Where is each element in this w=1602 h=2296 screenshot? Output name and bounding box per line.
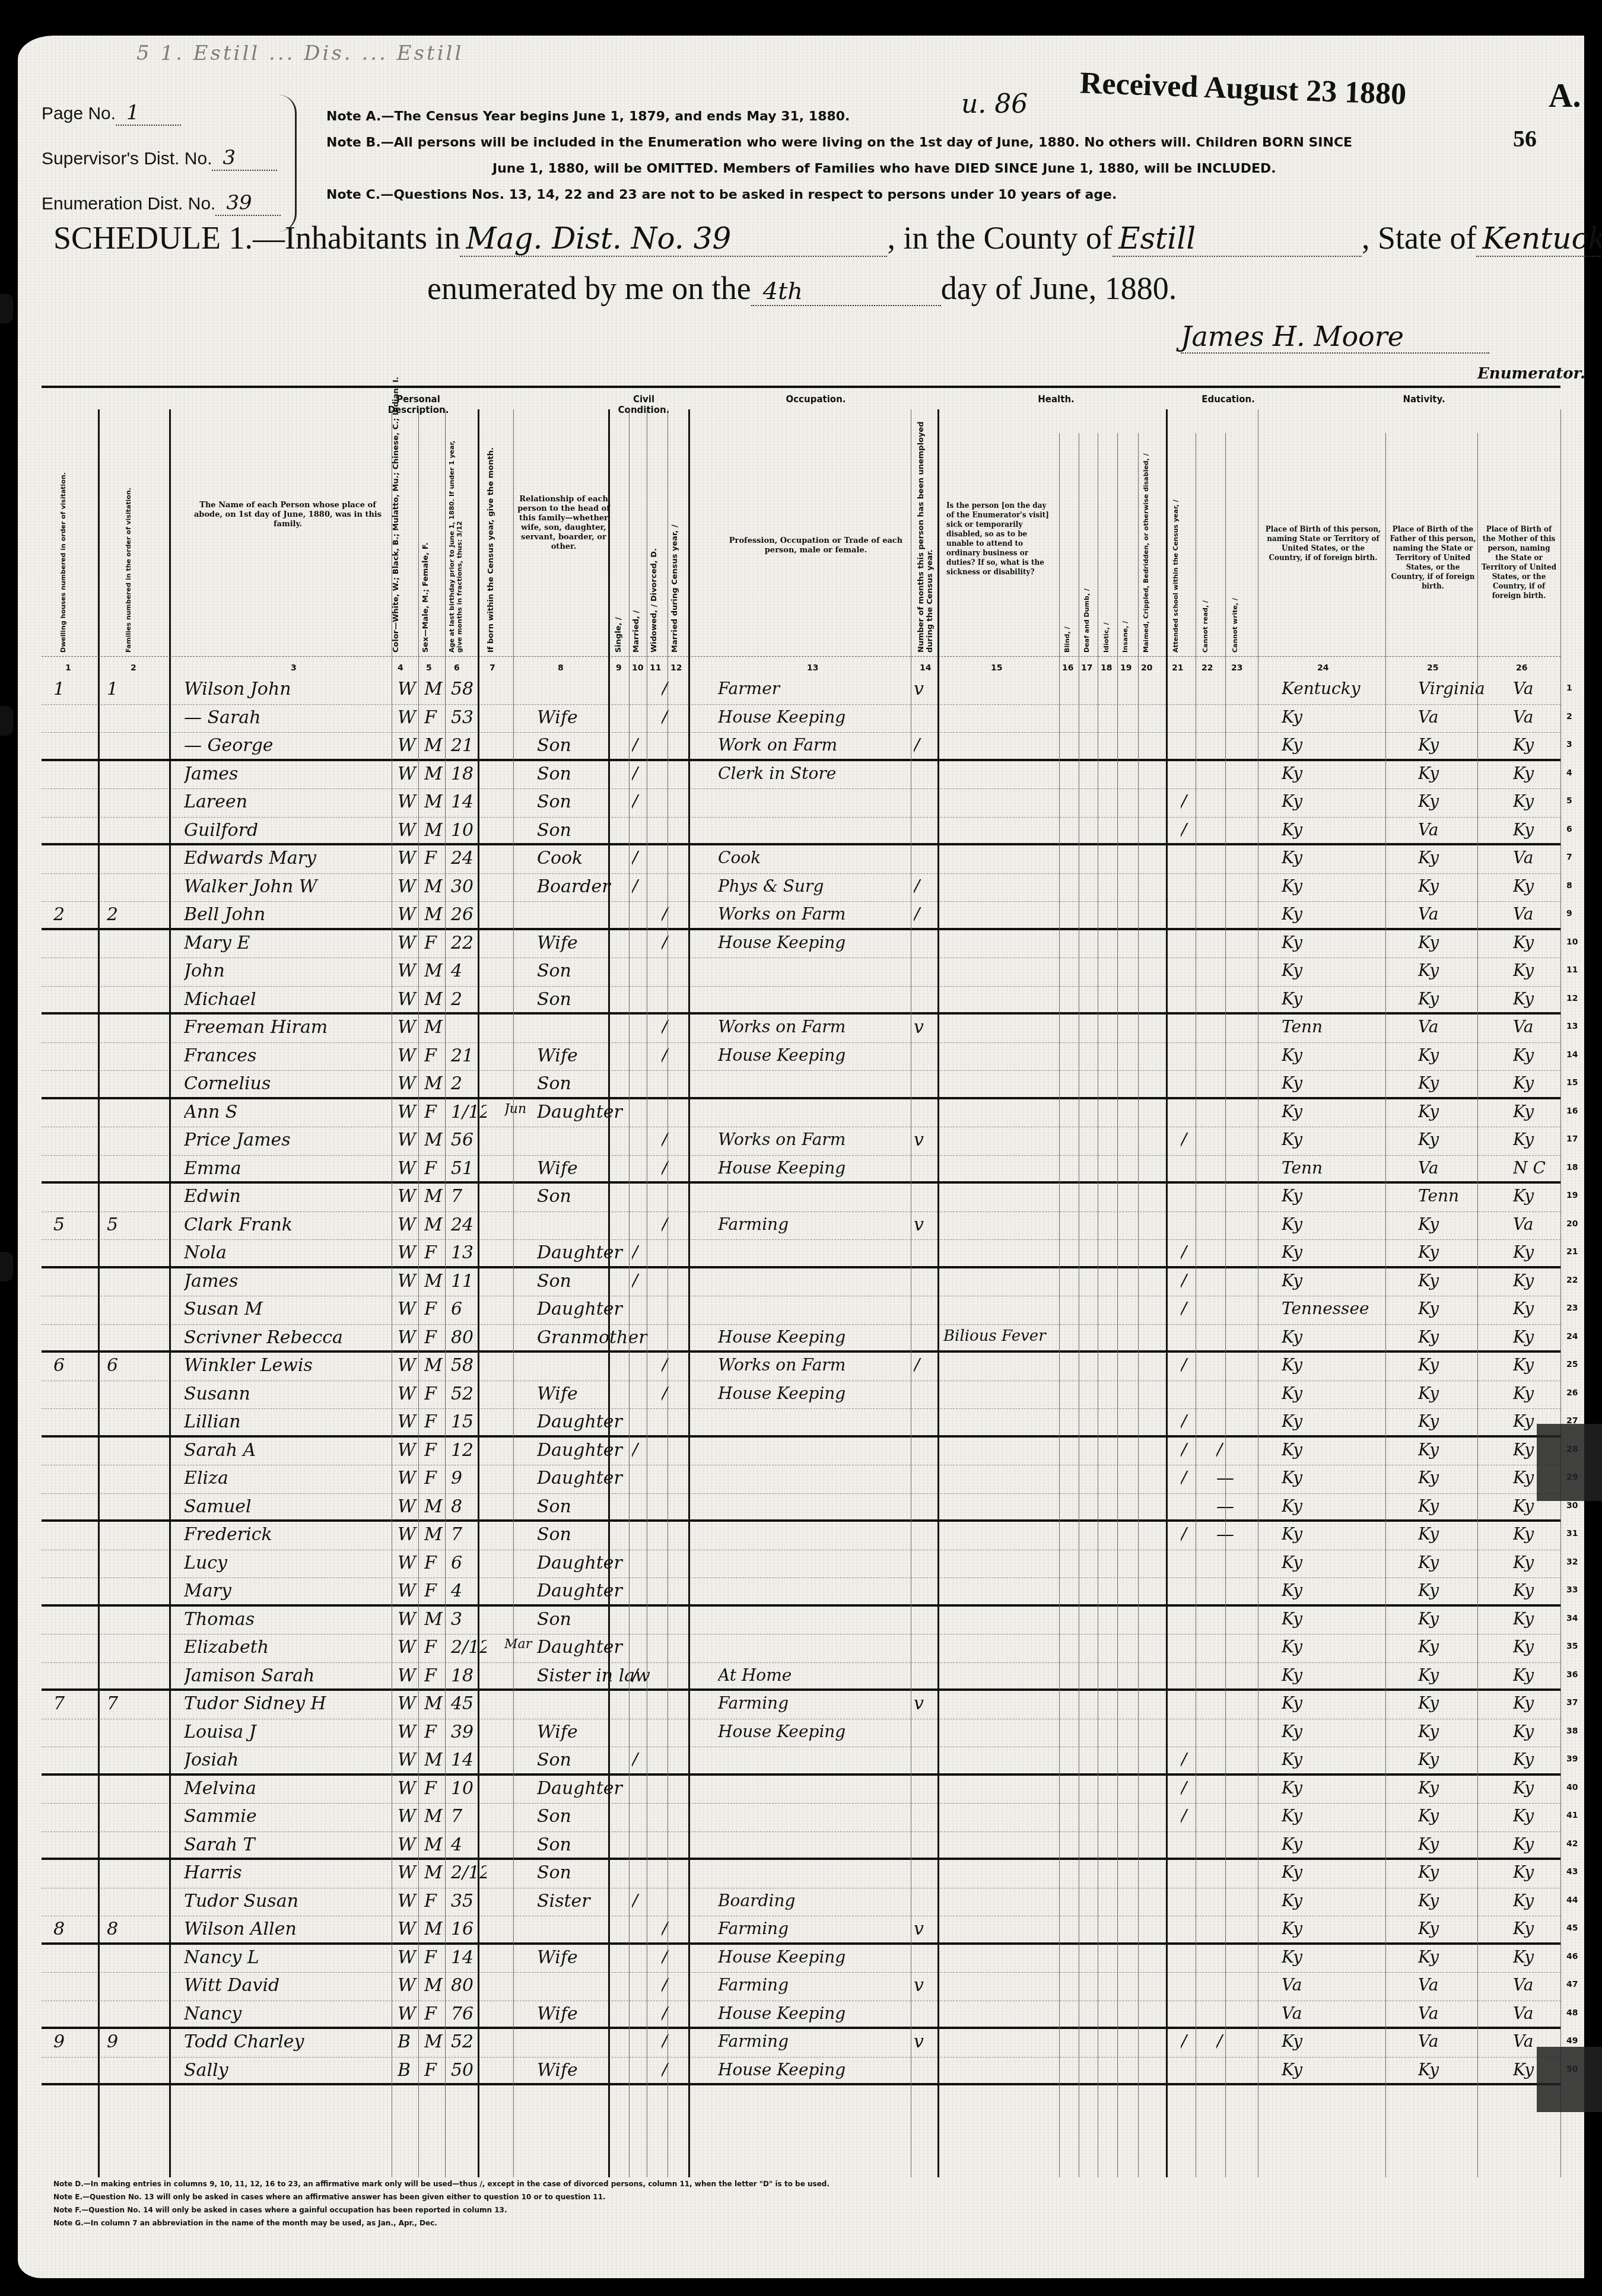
relationship-value: Son (537, 1186, 650, 1207)
father-birthplace-value: Ky (1418, 1411, 1513, 1431)
birthplace-value: Ky (1282, 764, 1412, 783)
mother-birthplace-value: Ky (1513, 820, 1584, 839)
colnum-13: 13 (807, 663, 818, 673)
table-row: Sarah AWF12Daughter///KyKyKy28 (42, 1438, 1560, 1466)
color-value: W (398, 1130, 421, 1150)
age-value: 53 (451, 707, 487, 728)
sex-value: M (424, 1919, 454, 1939)
relationship-value: Daughter (537, 1778, 650, 1799)
father-birthplace-value: Va (1418, 1017, 1513, 1036)
occupation-value: House Keeping (718, 1045, 914, 1065)
color-value: W (398, 1947, 421, 1968)
colnum-11: 11 (650, 663, 661, 673)
father-birthplace-value: Ky (1418, 1045, 1513, 1065)
color-value: W (398, 764, 421, 784)
line-number: 43 (1566, 1867, 1578, 1877)
occupation-value: Work on Farm (718, 735, 914, 755)
person-name: Susann (184, 1384, 398, 1404)
age-value: 2 (451, 1073, 487, 1094)
table-row: MaryWF4DaughterKyKyKy33 (42, 1578, 1560, 1607)
relationship-value: Wife (537, 1722, 650, 1742)
divider (98, 409, 100, 2177)
occupation-value: Works on Farm (718, 1017, 914, 1036)
line-number: 22 (1566, 1276, 1578, 1285)
mother-birthplace-value: Ky (1513, 876, 1584, 896)
color-value: W (398, 1186, 421, 1207)
color-value: W (398, 904, 421, 925)
person-name: Walker John W (184, 876, 398, 897)
father-birthplace-value: Ky (1418, 1693, 1513, 1713)
line-number: 32 (1566, 1557, 1578, 1567)
colnum-26: 26 (1516, 663, 1527, 673)
line-number: 14 (1566, 1050, 1578, 1060)
father-birthplace-value: Ky (1418, 933, 1513, 952)
line-number: 41 (1566, 1811, 1578, 1820)
birthplace-value: Va (1282, 2004, 1412, 2023)
father-birthplace-value: Ky (1418, 1891, 1513, 1910)
age-value: 45 (451, 1693, 487, 1714)
table-row: Nancy LWF14Wife/House KeepingKyKyKy46 (42, 1945, 1560, 1973)
color-value: W (398, 679, 421, 699)
married-mark: / (662, 2004, 679, 2024)
birthplace-value: Ky (1282, 1186, 1412, 1206)
age-value: 7 (451, 1524, 487, 1545)
family-number: 1 (107, 679, 142, 699)
color-value: W (398, 1355, 421, 1376)
divider (1560, 409, 1561, 2177)
relationship-value: Granmother (537, 1327, 650, 1348)
line-number: 7 (1566, 853, 1572, 862)
birthplace-value: Ky (1282, 1130, 1412, 1149)
line-number: 36 (1566, 1670, 1578, 1680)
person-name: Ann S (184, 1102, 398, 1122)
person-name: Samuel (184, 1496, 398, 1517)
married-mark: / (662, 1130, 679, 1150)
birthplace-value: Ky (1282, 1355, 1412, 1375)
father-birthplace-value: Va (1418, 1158, 1513, 1178)
divider (1138, 433, 1139, 2177)
colnum-25: 25 (1427, 663, 1438, 673)
unemployed-mark: / (914, 904, 937, 925)
age-value: 21 (451, 735, 487, 756)
color-value: W (398, 1919, 421, 1939)
table-row: SallyBF50Wife/House KeepingKyKyKy50 (42, 2058, 1560, 2086)
birthplace-value: Ky (1282, 1384, 1412, 1403)
occupation-value: House Keeping (718, 2060, 914, 2079)
relationship-value: Son (537, 1496, 650, 1517)
county-prefix: , in the County of (887, 220, 1112, 256)
age-value: 52 (451, 2031, 487, 2052)
colnum-23: 23 (1231, 663, 1242, 673)
person-name: Susan M (184, 1299, 398, 1319)
divider (513, 409, 514, 2177)
enumerator-signature: James H. Moore (1181, 320, 1489, 354)
birthplace-value: Ky (1282, 1806, 1412, 1826)
header-c1: Dwelling houses numbered in order of vis… (59, 475, 67, 653)
birthplace-value: Ky (1282, 1693, 1412, 1713)
table-row: Edwards MaryWF24Cook/CookKyKyVa7 (42, 845, 1560, 874)
unemployed-mark: v (914, 1975, 937, 1996)
sex-value: M (424, 820, 454, 841)
married-mark: / (662, 933, 679, 953)
father-birthplace-value: Ky (1418, 1214, 1513, 1234)
person-name: Winkler Lewis (184, 1355, 398, 1376)
person-name: Elizabeth (184, 1637, 398, 1658)
sex-value: M (424, 1017, 454, 1038)
married-mark: / (662, 1384, 679, 1404)
enumeration-line: Enumeration Dist. No. 39 (42, 191, 291, 216)
occupation-value: Farming (718, 1214, 914, 1234)
occupation-value: Phys & Surg (718, 876, 914, 896)
sex-value: M (424, 1750, 454, 1770)
color-value: W (398, 1524, 421, 1545)
color-value: W (398, 848, 421, 869)
sex-value: F (424, 1411, 454, 1432)
sex-value: M (424, 989, 454, 1010)
table-row: SamuelWM8Son—KyKyKy30 (42, 1494, 1560, 1522)
brace-divider (279, 95, 297, 231)
table-row: CorneliusWM2SonKyKyKy15 (42, 1071, 1560, 1099)
color-value: W (398, 1834, 421, 1855)
line-number: 40 (1566, 1783, 1578, 1792)
table-row: Witt DavidWM80/FarmingvVaVaVa47 (42, 1973, 1560, 2001)
sex-value: F (424, 1553, 454, 1573)
married-mark: / (662, 1158, 679, 1179)
sex-value: F (424, 1581, 454, 1601)
unemployed-mark: v (914, 1017, 937, 1038)
supervisor-line: Supervisor's Dist. No. 3 (42, 146, 291, 171)
colnum-20: 20 (1141, 663, 1152, 673)
father-birthplace-value: Ky (1418, 1665, 1513, 1685)
married-mark: / (662, 1017, 679, 1038)
sex-value: F (424, 1299, 454, 1319)
divider (1079, 433, 1079, 2177)
color-value: W (398, 1214, 421, 1235)
relationship-value: Wife (537, 933, 650, 953)
birthplace-value: Ky (1282, 1411, 1412, 1431)
table-row: LucyWF6DaughterKyKyKy32 (42, 1550, 1560, 1579)
father-birthplace-value: Ky (1418, 1440, 1513, 1459)
table-row: EdwinWM7SonKyTennKy19 (42, 1184, 1560, 1212)
person-name: Eliza (184, 1468, 398, 1489)
color-value: W (398, 1693, 421, 1714)
birthplace-value: Ky (1282, 1581, 1412, 1600)
sex-value: F (424, 848, 454, 869)
sex-value: M (424, 1975, 454, 1996)
table-row: 88Wilson AllenWM16/FarmingvKyKyKy45 (42, 1916, 1560, 1945)
person-name: Freeman Hiram (184, 1017, 398, 1038)
color-value: W (398, 820, 421, 841)
table-row: 22Bell JohnWM26/Works on Farm/KyVaVa9 (42, 902, 1560, 930)
line-number: 19 (1566, 1191, 1578, 1200)
table-row: NancyWF76Wife/House KeepingVaVaVa48 (42, 2001, 1560, 2030)
sex-value: F (424, 1947, 454, 1968)
married-mark: / (662, 707, 679, 728)
unemployed-mark: v (914, 1130, 937, 1150)
colnum-8: 8 (558, 663, 564, 673)
colnum-3: 3 (291, 663, 297, 673)
line-number: 25 (1566, 1360, 1578, 1369)
mother-birthplace-value: Ky (1513, 735, 1584, 755)
sex-value: F (424, 1665, 454, 1686)
dwelling-number: 1 (53, 679, 101, 699)
line-number: 34 (1566, 1614, 1578, 1623)
header-c15: Is the person [on the day of the Enumera… (946, 501, 1056, 577)
relationship-value: Son (537, 1609, 650, 1630)
enumeration-label: Enumeration Dist. No. (42, 194, 215, 214)
sex-value: M (424, 1130, 454, 1150)
sex-value: F (424, 1637, 454, 1658)
line-number: 1 (1566, 683, 1572, 693)
married-mark: / (662, 2031, 679, 2052)
enumerator-label: Enumerator. (1477, 365, 1585, 383)
relationship-value: Daughter (537, 1102, 650, 1122)
header-c12: Married during Census year, / (670, 475, 679, 653)
line-number: 15 (1566, 1078, 1578, 1087)
sex-value: M (424, 791, 454, 812)
age-value: 58 (451, 679, 487, 699)
person-name: James (184, 1271, 398, 1292)
divider (1477, 433, 1478, 2177)
line-number: 38 (1566, 1726, 1578, 1736)
unemployed-mark: v (914, 679, 937, 699)
occupation-value: House Keeping (718, 1384, 914, 1403)
sex-value: F (424, 707, 454, 728)
person-name: Nola (184, 1242, 398, 1263)
person-name: Josiah (184, 1750, 398, 1770)
scan-shadow (1537, 2047, 1602, 2112)
sex-value: M (424, 1355, 454, 1376)
line-number: 44 (1566, 1896, 1578, 1905)
birthplace-value: Ky (1282, 1778, 1412, 1798)
person-name: Emma (184, 1158, 398, 1179)
age-value: 2 (451, 989, 487, 1010)
color-value: W (398, 1806, 421, 1827)
census-table: Personal Description. Civil Condition. O… (42, 386, 1560, 2085)
relationship-value: Daughter (537, 1299, 650, 1319)
group-occupation: Occupation. (718, 394, 914, 405)
age-value: 4 (451, 1834, 487, 1855)
color-value: W (398, 1384, 421, 1404)
colnum-15: 15 (991, 663, 1002, 673)
enumerated-day: 4th (751, 278, 941, 306)
divider (629, 409, 630, 2177)
supervisor-label: Supervisor's Dist. No. (42, 149, 212, 169)
table-row: Ann SWF1/12JunDaughterKyKyKy16 (42, 1099, 1560, 1128)
color-value: B (398, 2031, 421, 2052)
color-value: W (398, 1468, 421, 1489)
header-c18: Idiotic, / (1102, 581, 1110, 653)
age-value: 56 (451, 1130, 487, 1150)
header-c2: Families numbered in the order of visita… (125, 475, 132, 653)
age-value: 26 (451, 904, 487, 925)
father-birthplace-value: Ky (1418, 1862, 1513, 1882)
table-row: LillianWF15Daughter/KyKyKy27 (42, 1409, 1560, 1438)
table-row: Louisa JWF39WifeHouse KeepingKyKyKy38 (42, 1719, 1560, 1748)
inhabitants-in-value: Mag. Dist. No. 39 (460, 221, 887, 257)
birthplace-value: Ky (1282, 791, 1412, 811)
line-number: 45 (1566, 1923, 1578, 1933)
birthplace-value: Ky (1282, 876, 1412, 896)
header-c17: Deaf and Dumb, / (1083, 534, 1091, 653)
line-number: 9 (1566, 909, 1572, 918)
color-value: W (398, 791, 421, 812)
person-name: Bell John (184, 904, 398, 925)
unemployed-mark: v (914, 2031, 937, 2052)
table-row: NolaWF13Daughter//KyKyKy21 (42, 1240, 1560, 1268)
color-value: W (398, 707, 421, 728)
color-value: W (398, 1750, 421, 1770)
color-value: W (398, 1073, 421, 1094)
table-row: ElizaWF9Daughter/—KyKyKy29 (42, 1465, 1560, 1494)
married-mark: / (662, 1214, 679, 1235)
header-c21: Attended school within the Census year, … (1172, 427, 1180, 653)
person-name: Frederick (184, 1524, 398, 1545)
mother-birthplace-value: Ky (1513, 764, 1584, 783)
group-civil: Civil Condition. (611, 394, 676, 415)
birthplace-value: Ky (1282, 1271, 1412, 1290)
table-row: Tudor SusanWF35Sister/BoardingKyKyKy44 (42, 1888, 1560, 1917)
table-row: Walker John WWM30Boarder/Phys & Surg/KyK… (42, 874, 1560, 902)
sex-value: M (424, 1693, 454, 1714)
age-value: 10 (451, 820, 487, 841)
relationship-value: Son (537, 1862, 650, 1883)
person-name: Michael (184, 989, 398, 1010)
header-c13: Profession, Occupation or Trade of each … (724, 536, 908, 555)
married-mark: / (662, 1045, 679, 1066)
line-number: 3 (1566, 740, 1572, 749)
sex-value: F (424, 933, 454, 953)
family-number: 9 (107, 2031, 142, 2052)
color-value: W (398, 1581, 421, 1601)
colnum-6: 6 (454, 663, 460, 673)
father-birthplace-value: Ky (1418, 1524, 1513, 1544)
line-number: 24 (1566, 1332, 1578, 1341)
line-number: 6 (1566, 825, 1572, 834)
person-name: Edwards Mary (184, 848, 398, 869)
relationship-value: Wife (537, 2004, 650, 2024)
person-name: Sarah A (184, 1440, 398, 1461)
occupation-value: House Keeping (718, 707, 914, 727)
table-row: — SarahWF53Wife/House KeepingKyVaVa2 (42, 705, 1560, 733)
birthplace-value: Ky (1282, 1214, 1412, 1234)
relationship-value: Son (537, 1073, 650, 1094)
enumerated-line: enumerated by me on the 4th day of June,… (427, 270, 1177, 307)
person-name: Lucy (184, 1553, 398, 1573)
father-birthplace-value: Ky (1418, 1947, 1513, 1967)
group-education: Education. (1169, 394, 1288, 405)
dwelling-number: 8 (53, 1919, 101, 1939)
person-name: Price James (184, 1130, 398, 1150)
birthplace-value: Ky (1282, 1665, 1412, 1685)
age-value: 3 (451, 1609, 487, 1630)
relationship-value: Wife (537, 707, 650, 728)
relationship-value: Son (537, 1834, 650, 1855)
note-b: Note B.—All persons will be included in … (326, 130, 1365, 156)
age-value: 11 (451, 1271, 487, 1292)
age-value: 51 (451, 1158, 487, 1179)
birthplace-value: Ky (1282, 1045, 1412, 1065)
father-birthplace-value: Va (1418, 2004, 1513, 2023)
table-row: LareenWM14Son//KyKyKy5 (42, 789, 1560, 818)
footnote-f: Note F.—Question No. 14 will only be ask… (53, 2203, 1537, 2217)
sex-value: F (424, 1384, 454, 1404)
table-row: FrederickWM7Son/—KyKyKy31 (42, 1522, 1560, 1550)
occupation-value: Farming (718, 1919, 914, 1938)
line-number: 47 (1566, 1980, 1578, 1989)
relationship-value: Daughter (537, 1411, 650, 1432)
sex-value: M (424, 1186, 454, 1207)
color-value: B (398, 2060, 421, 2081)
color-value: W (398, 1017, 421, 1038)
line-number: 30 (1566, 1501, 1578, 1510)
color-value: W (398, 876, 421, 897)
table-row: ElizabethWF2/12MarDaughterKyKyKy35 (42, 1634, 1560, 1663)
person-name: Sally (184, 2060, 398, 2081)
color-value: W (398, 1327, 421, 1348)
line-number: 12 (1566, 994, 1578, 1003)
birthplace-value: Ky (1282, 1750, 1412, 1769)
sex-value: F (424, 2060, 454, 2081)
birthplace-value: Ky (1282, 1947, 1412, 1967)
header-c5: Sex—Male, M.; Female, F. (421, 427, 430, 653)
color-value: W (398, 1299, 421, 1319)
birthplace-value: Ky (1282, 707, 1412, 727)
sex-value: F (424, 1327, 454, 1348)
colnum-7: 7 (490, 663, 495, 673)
line-number: 33 (1566, 1585, 1578, 1595)
occupation-value: Farming (718, 1693, 914, 1713)
person-name: John (184, 961, 398, 981)
person-name: Clark Frank (184, 1214, 398, 1235)
page-no-line: Page No. 1 (42, 101, 291, 126)
occupation-value: House Keeping (718, 1947, 914, 1967)
line-number: 21 (1566, 1247, 1578, 1257)
header-c20: Maimed, Crippled, Bedridden, or otherwis… (1142, 415, 1150, 653)
sex-value: F (424, 1891, 454, 1912)
line-number: 35 (1566, 1642, 1578, 1651)
unemployed-mark: v (914, 1693, 937, 1714)
color-value: W (398, 989, 421, 1010)
person-name: Sammie (184, 1806, 398, 1827)
colnum-24: 24 (1317, 663, 1328, 673)
header-c10: Married, / (632, 534, 641, 653)
relationship-value: Wife (537, 1158, 650, 1179)
person-name: Wilson Allen (184, 1919, 398, 1939)
divider (1385, 433, 1386, 2177)
birthplace-value: Ky (1282, 1242, 1412, 1262)
occupation-value: Cook (718, 848, 914, 867)
age-value: 22 (451, 933, 487, 953)
state-value: Kentucky (1476, 221, 1602, 257)
occupation-value: Works on Farm (718, 904, 914, 924)
birthplace-value: Tenn (1282, 1158, 1412, 1178)
relationship-value: Wife (537, 1045, 650, 1066)
birthplace-value: Tennessee (1282, 1299, 1412, 1318)
age-value: 6 (451, 1299, 487, 1319)
table-row: JohnWM4SonKyKyKy11 (42, 958, 1560, 987)
age-value: 14 (451, 791, 487, 812)
color-value: W (398, 1242, 421, 1263)
birthplace-value: Ky (1282, 1073, 1412, 1093)
footnote-e: Note E.—Question No. 13 will only be ask… (53, 2190, 1537, 2203)
father-birthplace-value: Ky (1418, 791, 1513, 811)
family-number: 2 (107, 904, 142, 925)
binding-tab (0, 1252, 13, 1281)
birthplace-value: Ky (1282, 2060, 1412, 2079)
occupation-value: Farming (718, 2031, 914, 2051)
age-value: 12 (451, 1440, 487, 1461)
